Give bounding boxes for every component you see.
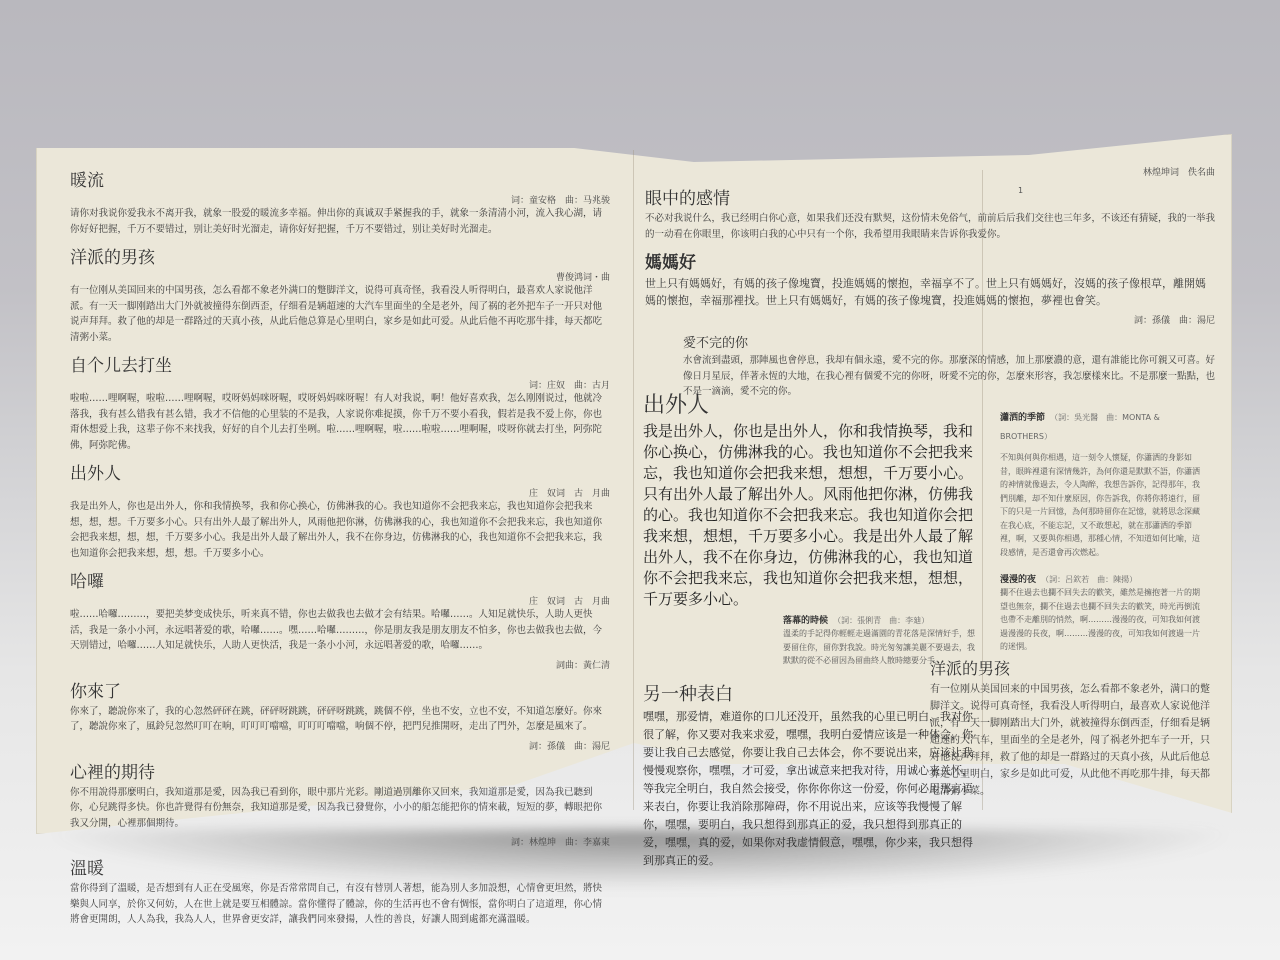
song-block: 哈囉 庄 奴词 古 月曲 啦……哈囉………，要把美梦变成快乐，听来真不错，你也去… xyxy=(70,567,610,654)
song-credit: 词：庄奴 曲：古月 xyxy=(70,378,610,391)
middle-panel: 出外人 我是出外人，你也是出外人，你和我情换琴，我和你心换心，仿佛淋我的心。我也… xyxy=(643,382,978,874)
song-block: 詞曲：黃仁清 你來了 你來了，聽說你來了，我的心忽然砰砰在跳，砰砰呀跳跳，砰砰呀… xyxy=(70,658,610,735)
song-lyrics: 有一位刚从美国回来的中国男孩，怎么看都不象老外，满口的蹩脚洋文。说得可真奇怪，我… xyxy=(930,681,1210,800)
song-lyrics: 请你对我说你爱我永不离开我，就象一股爱的暖流多幸福。伸出你的真诚双手紧握我的手，… xyxy=(70,206,610,237)
song-credit: 庄 奴词 古 月曲 xyxy=(70,594,610,607)
song-lyrics: 啦啦……哩啊喔，啦啦……哩啊喔，哎呀妈妈咪呀喔，哎呀妈妈咪呀喔！有人对我说，啊！… xyxy=(70,391,610,453)
song-block: 洋派的男孩 曹俊鸿词・曲 有一位刚从美国回来的中国男孩，怎么看都不象老外满口的蹩… xyxy=(70,243,610,345)
song-title: 哈囉 xyxy=(70,567,610,592)
song-block: 詞：孫儀 曲：湯尼 心裡的期待 你不用說得那麼明白，我知道那是愛，因為我已看到你… xyxy=(70,739,610,832)
song-lyrics: 當你得到了溫暖，是否想到有人正在受風寒，你是否常常問自己，有沒有替別人著想，能為… xyxy=(70,881,610,928)
song-title: 心裡的期待 xyxy=(70,758,610,783)
middle-top-panel: 林煌坤词 佚名曲 眼中的感情 不必对我说什么，我已经明白你心意，如果我们还没有默… xyxy=(645,165,1215,404)
song-block: 暖流 词：童安格 曲：马兆骏 请你对我说你爱我永不离开我，就象一股爱的暖流多幸福… xyxy=(70,166,610,237)
song-credit: （詞：呂欽若 曲：陳揚） xyxy=(1041,575,1137,584)
song-lyrics: 嘿嘿，那爱情，难道你的口儿还没开，虽然我的心里已明白，我对你很了解，你又要对我来… xyxy=(643,708,978,870)
song-lyrics: 不知與何與你相遇，這一刻令人懷疑，你瀟洒的身影如昔，眼眸裡還有深情幾許，為何你還… xyxy=(1000,451,1205,559)
right-bottom-panel: 洋派的男孩 有一位刚从美国回来的中国男孩，怎么看都不象老外，满口的蹩脚洋文。说得… xyxy=(930,650,1210,804)
song-title: 另一种表白 xyxy=(643,680,978,706)
song-credit: 林煌坤词 佚名曲 xyxy=(645,165,1215,178)
song-lyrics: 世上只有媽媽好，有媽的孩子像塊寶，投進媽媽的懷抱，幸福享不了。世上只有媽媽好，沒… xyxy=(645,275,1215,309)
song-lyrics: 我是出外人，你也是出外人，你和我情换琴，我和你心换心，仿佛淋我的心。我也知道你不… xyxy=(70,499,610,561)
song-credit: 詞：孫儀 曲：湯尼 xyxy=(70,739,610,752)
song-credit: 词：童安格 曲：马兆骏 xyxy=(70,193,610,206)
song-credit: （詞：張俐青 曲：李廸） xyxy=(833,616,929,625)
song-title: 瀟洒的季節 xyxy=(1000,413,1045,423)
song-title: 出外人 xyxy=(70,459,610,484)
song-title: 你來了 xyxy=(70,677,610,702)
song-title: 落幕的時候 xyxy=(783,616,828,626)
song-lyrics: 你來了，聽說你來了，我的心忽然砰砰在跳，砰砰呀跳跳，砰砰呀跳跳，跳個不停，坐也不… xyxy=(70,704,610,735)
song-title: 洋派的男孩 xyxy=(930,656,1210,679)
song-lyrics: 有一位刚从美国回来的中国男孩，怎么看都不象老外满口的蹩脚洋文，说得可真奇怪，我看… xyxy=(70,283,610,345)
left-panel: 暖流 词：童安格 曲：马兆骏 请你对我说你爱我永不离开我，就象一股爱的暖流多幸福… xyxy=(70,160,610,932)
song-credit: 詞：孫儀 曲：湯尼 xyxy=(683,313,1215,326)
song-block: 瀟洒的季節 （詞：吳光醫 曲：MONTA & BROTHERS） 不知與何與你相… xyxy=(1000,405,1205,559)
song-lyrics: 你不用說得那麼明白，我知道那是愛，因為我已看到你，眼中那片光彩。剛道過別離你又回… xyxy=(70,785,610,832)
song-title: 媽媽好 xyxy=(645,248,1215,273)
song-title: 自个儿去打坐 xyxy=(70,351,610,376)
song-lyrics: 啦……哈囉………，要把美梦变成快乐，听来真不错，你也去做我也去做才会有结果。哈囉… xyxy=(70,607,610,654)
song-credit: 曹俊鸿词・曲 xyxy=(70,270,610,283)
song-credit: 詞曲：黃仁清 xyxy=(70,658,610,671)
song-credit: 庄 奴词 古 月曲 xyxy=(70,486,610,499)
right-panel: 瀟洒的季節 （詞：吳光醫 曲：MONTA & BROTHERS） 不知與何與你相… xyxy=(1000,405,1205,658)
fold-line xyxy=(633,150,634,810)
song-block: 詞：林煌坤 曲：李嘉東 溫暖 當你得到了溫暖，是否想到有人正在受風寒，你是否常常… xyxy=(70,835,610,928)
song-block: 自个儿去打坐 词：庄奴 曲：古月 啦啦……哩啊喔，啦啦……哩啊喔，哎呀妈妈咪呀喔… xyxy=(70,351,610,453)
song-title: 暖流 xyxy=(70,166,610,191)
song-title: 漫漫的夜 xyxy=(1000,575,1036,585)
song-title: 眼中的感情 xyxy=(645,184,1215,209)
song-title: 溫暖 xyxy=(70,854,610,879)
song-title: 愛不完的你 xyxy=(683,332,1215,351)
song-lyrics: 我是出外人，你也是出外人，你和我情换琴，我和你心换心，仿佛淋我的心。我也知道你不… xyxy=(643,421,978,610)
song-title: 出外人 xyxy=(643,388,978,419)
song-title: 洋派的男孩 xyxy=(70,243,610,268)
song-lyrics: 攔不住過去也攔不回失去的歡笑，雖然是擁抱著一片的期望也無奈，攔不住過去也攔不回失… xyxy=(1000,586,1205,654)
song-block: 漫漫的夜 （詞：呂欽若 曲：陳揚） 攔不住過去也攔不回失去的歡笑，雖然是擁抱著一… xyxy=(1000,567,1205,654)
song-credit: 詞：林煌坤 曲：李嘉東 xyxy=(70,835,610,848)
song-lyrics: 不必对我说什么，我已经明白你心意，如果我们还没有默契，这份情未免俗气，前前后后我… xyxy=(645,211,1215,242)
song-block: 出外人 庄 奴词 古 月曲 我是出外人，你也是出外人，你和我情换琴，我和你心换心… xyxy=(70,459,610,561)
